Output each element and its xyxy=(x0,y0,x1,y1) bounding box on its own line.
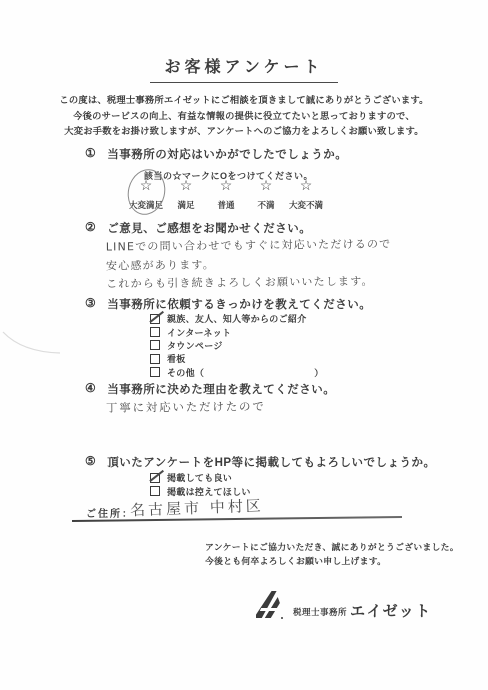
question-5-text: 頂いたアンケートをHP等に掲載してもよろしいでしょうか。 xyxy=(107,454,435,470)
closing-message: アンケートにご協力いただき、誠にありがとうございました。 今後とも何卒よろしくお… xyxy=(205,541,459,568)
rating-label: 不満 xyxy=(246,199,286,211)
checkbox-icon[interactable] xyxy=(150,314,160,324)
rating-option-very-dissatisfied[interactable]: ☆ 大変不満 xyxy=(286,177,326,211)
question-3: ③ 当事務所に依頼するきっかけを教えてください。 xyxy=(85,296,371,312)
checkbox-option-internet[interactable]: インターネット xyxy=(150,325,324,338)
intro-line: 大変お手数をお掛け致しますが、アンケートへのご協力をよろしくお願い致します。 xyxy=(0,124,488,140)
question-1: ① 当事務所の対応はいかがでしたでしょうか。 xyxy=(85,146,347,162)
logo-brand-name: エイゼット xyxy=(350,600,432,621)
handwritten-line: これからも引き続きよろしくお願いいたします。 xyxy=(106,273,392,294)
question-4-number: ④ xyxy=(85,381,96,397)
scanned-survey-document: お客様アンケート この度は、税理士事務所エイゼットにご相談を頂きまして誠にありが… xyxy=(0,0,488,690)
rating-option-very-satisfied[interactable]: ☆ 大変満足 xyxy=(126,177,166,211)
question-3-text: 当事務所に依頼するきっかけを教えてください。 xyxy=(107,296,371,312)
checkbox-label: インターネット xyxy=(167,326,231,339)
question-5-options: 掲載しても良い 掲載は控えてほしい xyxy=(150,471,251,498)
checkbox-icon[interactable] xyxy=(150,473,160,483)
question-1-number: ① xyxy=(85,146,96,162)
checkbox-icon[interactable] xyxy=(150,340,160,350)
rating-label: 普通 xyxy=(206,199,246,211)
address-handwritten-value: 名古屋市 中村区 xyxy=(130,495,264,521)
rating-label: 満足 xyxy=(166,199,206,211)
question-4-handwritten-answer: 丁寧に対応いただけたので xyxy=(106,398,266,415)
intro-line: 今後のサービスの向上、有益な情報の提供に役立てたいと思っておりますので、 xyxy=(0,109,488,125)
question-3-options: 親族、友人、知人等からのご紹介 インターネット タウンページ 看板 その他（ ） xyxy=(150,312,324,379)
page-title: お客様アンケート xyxy=(150,54,337,83)
logo-office-name: 税理士事務所 xyxy=(293,606,347,618)
closing-line: アンケートにご協力いただき、誠にありがとうございました。 xyxy=(205,541,459,555)
rating-option-dissatisfied[interactable]: ☆ 不満 xyxy=(246,177,286,211)
checkbox-option-referral[interactable]: 親族、友人、知人等からのご紹介 xyxy=(150,312,324,325)
checkbox-icon[interactable] xyxy=(150,486,160,496)
rating-option-satisfied[interactable]: ☆ 満足 xyxy=(166,177,206,211)
question-2-handwritten-answer: LINEでの問い合わせでもすぐに対応いただけるので 安心感があります。 これから… xyxy=(106,236,392,294)
question-2-number: ② xyxy=(85,220,96,236)
checkbox-option-signboard[interactable]: 看板 xyxy=(150,352,324,365)
company-logo-mark-icon xyxy=(256,588,286,622)
question-4: ④ 当事務所に決めた理由を教えてください。 xyxy=(85,381,335,397)
star-rating-row: ☆ 大変満足 ☆ 満足 ☆ 普通 ☆ 不満 ☆ 大変不満 xyxy=(126,177,326,211)
question-5-number: ⑤ xyxy=(85,454,96,470)
closing-line: 今後とも何卒よろしくお願い申し上げます。 xyxy=(205,555,459,569)
checkbox-option-publish-ok[interactable]: 掲載しても良い xyxy=(150,471,251,484)
star-icon: ☆ xyxy=(166,177,206,194)
address-label: ご住所： xyxy=(86,505,134,520)
intro-line: この度は、税理士事務所エイゼットにご相談を頂きまして誠にありがとうございます。 xyxy=(0,93,488,109)
checkbox-option-other[interactable]: その他（ ） xyxy=(150,366,324,379)
checkbox-icon[interactable] xyxy=(150,354,160,364)
checkbox-label: 掲載しても良い xyxy=(167,471,232,484)
star-icon: ☆ xyxy=(206,177,246,194)
checkbox-label: その他（ xyxy=(167,366,204,379)
footer-logo: 税理士事務所 エイゼット xyxy=(256,588,432,622)
question-4-text: 当事務所に決めた理由を教えてください。 xyxy=(107,381,335,397)
star-icon: ☆ xyxy=(246,177,286,194)
rating-option-neutral[interactable]: ☆ 普通 xyxy=(206,177,246,211)
question-2-text: ご意見、ご感想をお聞かせください。 xyxy=(107,220,311,236)
scan-artifact-line xyxy=(0,322,80,372)
question-2: ② ご意見、ご感想をお聞かせください。 xyxy=(85,220,311,236)
checkbox-label-close-paren: ） xyxy=(314,366,323,379)
question-5: ⑤ 頂いたアンケートをHP等に掲載してもよろしいでしょうか。 xyxy=(85,454,436,470)
question-1-text: 当事務所の対応はいかがでしたでしょうか。 xyxy=(107,146,347,162)
title-block: お客様アンケート xyxy=(0,54,488,83)
star-icon: ☆ xyxy=(286,177,326,194)
checkbox-label: 親族、友人、知人等からのご紹介 xyxy=(167,312,307,325)
question-3-number: ③ xyxy=(85,296,96,312)
rating-label: 大変不満 xyxy=(286,199,326,211)
checkbox-icon[interactable] xyxy=(150,327,160,337)
intro-paragraph: この度は、税理士事務所エイゼットにご相談を頂きまして誠にありがとうございます。 … xyxy=(0,93,488,140)
checkbox-icon[interactable] xyxy=(150,367,160,377)
handwritten-line: LINEでの問い合わせでもすぐに対応いただけるので xyxy=(106,236,392,257)
checkbox-label: 看板 xyxy=(167,352,186,365)
checkbox-label: タウンページ xyxy=(167,339,223,352)
checkbox-option-townpage[interactable]: タウンページ xyxy=(150,339,324,352)
